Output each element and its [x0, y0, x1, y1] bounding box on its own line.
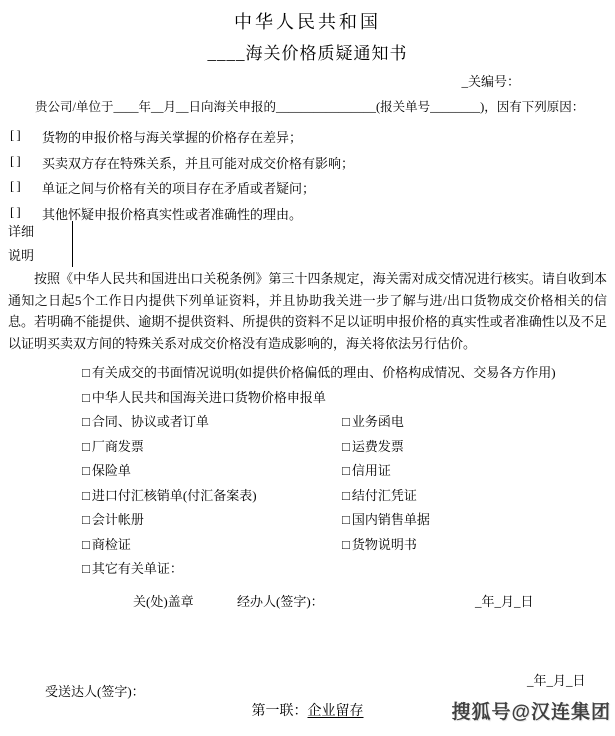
checkbox-icon[interactable]: □	[82, 488, 90, 503]
checkbox-icon[interactable]: □	[82, 390, 90, 405]
reason-list: [] 货物的申报价格与海关掌握的价格存在差异； [] 买卖双方存在特殊关系，并且…	[10, 127, 607, 229]
checkbox-icon[interactable]: □	[82, 439, 90, 454]
reason-label: 单证之间与价格有关的项目存在矛盾或者疑问；	[42, 178, 315, 197]
reason-item: [] 单证之间与价格有关的项目存在矛盾或者疑问；	[10, 178, 607, 204]
checklist-item: □中华人民共和国海关进口货物价格申报单	[82, 387, 609, 412]
checklist-label: 厂商发票	[92, 439, 144, 454]
document-checklist: □有关成交的书面情况说明(如提供价格偏低的理由、价格构成情况、交易各方作用) □…	[82, 362, 609, 583]
detail-label-line1: 详细	[8, 220, 128, 244]
checkbox-icon[interactable]: □	[342, 488, 350, 503]
reason-checkbox[interactable]: []	[10, 127, 42, 143]
checklist-item: □货物说明书	[342, 534, 609, 559]
recipient-date-blanks: _年_月_日	[527, 670, 586, 689]
customs-stamp-label: 关(处)盖章	[133, 591, 194, 610]
reason-label: 货物的申报价格与海关掌握的价格存在差异；	[42, 127, 302, 146]
checkbox-icon[interactable]: □	[342, 512, 350, 527]
checklist-item: □会计帐册	[82, 509, 342, 534]
checkbox-icon[interactable]: □	[342, 537, 350, 552]
copy-prefix-label: 第一联：	[252, 704, 308, 719]
checklist-item: □有关成交的书面情况说明(如提供价格偏低的理由、价格构成情况、交易各方作用)	[82, 362, 609, 387]
checklist-label: 其它有关单证：	[92, 561, 183, 576]
checklist-item: □其它有关单证：	[82, 558, 609, 583]
checkbox-icon[interactable]: □	[82, 463, 90, 478]
checklist-label: 中华人民共和国海关进口货物价格申报单	[92, 390, 326, 405]
checklist-label: 合同、协议或者订单	[92, 414, 209, 429]
checklist-item: □国内销售单据	[342, 509, 609, 534]
detail-explanation-area: 详细 说明	[8, 220, 128, 270]
copy-holder-label: 企业留存	[308, 704, 364, 719]
checklist-item: □结付汇凭证	[342, 485, 609, 510]
reason-checkbox[interactable]: []	[10, 178, 42, 194]
checkbox-icon[interactable]: □	[82, 512, 90, 527]
checkbox-icon[interactable]: □	[342, 414, 350, 429]
signature-date-blanks: _年_月_日	[475, 591, 534, 610]
checklist-label: 货物说明书	[352, 537, 417, 552]
checklist-row: □保险单 □信用证	[82, 460, 609, 485]
checklist-label: 运费发票	[352, 439, 404, 454]
checklist-item: □厂商发票	[82, 436, 342, 461]
sohu-watermark: 搜狐号@汉连集团	[451, 697, 611, 724]
checklist-label: 国内销售单据	[352, 512, 430, 527]
checklist-label: 商检证	[92, 537, 131, 552]
checkbox-icon[interactable]: □	[342, 463, 350, 478]
checklist-item: □商检证	[82, 534, 342, 559]
checklist-row: □厂商发票 □运费发票	[82, 436, 609, 461]
checklist-item: □运费发票	[342, 436, 609, 461]
checklist-label: 有关成交的书面情况说明(如提供价格偏低的理由、价格构成情况、交易各方作用)	[92, 365, 556, 380]
customs-ref-number: _关编号：	[461, 71, 520, 90]
checkbox-icon[interactable]: □	[82, 414, 90, 429]
checklist-item: □合同、协议或者订单	[82, 411, 342, 436]
signature-row: 关(处)盖章 经办人(签字)： _年_月_日	[0, 591, 615, 609]
reason-label: 买卖双方存在特殊关系，并且可能对成交价格有影响；	[42, 153, 354, 172]
reason-item: [] 货物的申报价格与海关掌握的价格存在差异；	[10, 127, 607, 153]
intro-line: 贵公司/单位于____年__月__日向海关申报的________________…	[35, 97, 611, 115]
document-title: ____海关价格质疑通知书	[0, 39, 615, 64]
handler-signature-label: 经办人(签字)：	[237, 591, 324, 610]
checklist-label: 结付汇凭证	[352, 488, 417, 503]
checklist-row: □商检证 □货物说明书	[82, 534, 609, 559]
reason-checkbox[interactable]: []	[10, 204, 42, 220]
detail-label-line2: 说明	[8, 244, 128, 268]
customs-price-inquiry-notice: 中华人民共和国 ____海关价格质疑通知书 _关编号： 贵公司/单位于____年…	[0, 0, 615, 736]
checklist-label: 会计帐册	[92, 512, 144, 527]
checklist-row: □会计帐册 □国内销售单据	[82, 509, 609, 534]
reason-checkbox[interactable]: []	[10, 153, 42, 169]
checklist-item: □保险单	[82, 460, 342, 485]
legal-paragraph: 按照《中华人民共和国进出口关税条例》第三十四条规定，海关需对成交情况进行核实。请…	[8, 268, 607, 354]
checklist-item: □信用证	[342, 460, 609, 485]
checklist-label: 信用证	[352, 463, 391, 478]
checkbox-icon[interactable]: □	[82, 537, 90, 552]
checkbox-icon[interactable]: □	[82, 561, 90, 576]
checklist-row: □合同、协议或者订单 □业务函电	[82, 411, 609, 436]
checkbox-icon[interactable]: □	[342, 439, 350, 454]
detail-fill-line	[72, 221, 73, 267]
checklist-label: 业务函电	[352, 414, 404, 429]
checklist-row: □进口付汇核销单(付汇备案表) □结付汇凭证	[82, 485, 609, 510]
checklist-item: □进口付汇核销单(付汇备案表)	[82, 485, 342, 510]
checklist-item: □业务函电	[342, 411, 609, 436]
recipient-signature-label: 受送达人(签字)：	[45, 681, 145, 700]
checklist-label: 保险单	[92, 463, 131, 478]
country-title: 中华人民共和国	[0, 8, 615, 34]
reason-item: [] 买卖双方存在特殊关系，并且可能对成交价格有影响；	[10, 153, 607, 179]
checklist-label: 进口付汇核销单(付汇备案表)	[92, 488, 257, 503]
checkbox-icon[interactable]: □	[82, 365, 90, 380]
